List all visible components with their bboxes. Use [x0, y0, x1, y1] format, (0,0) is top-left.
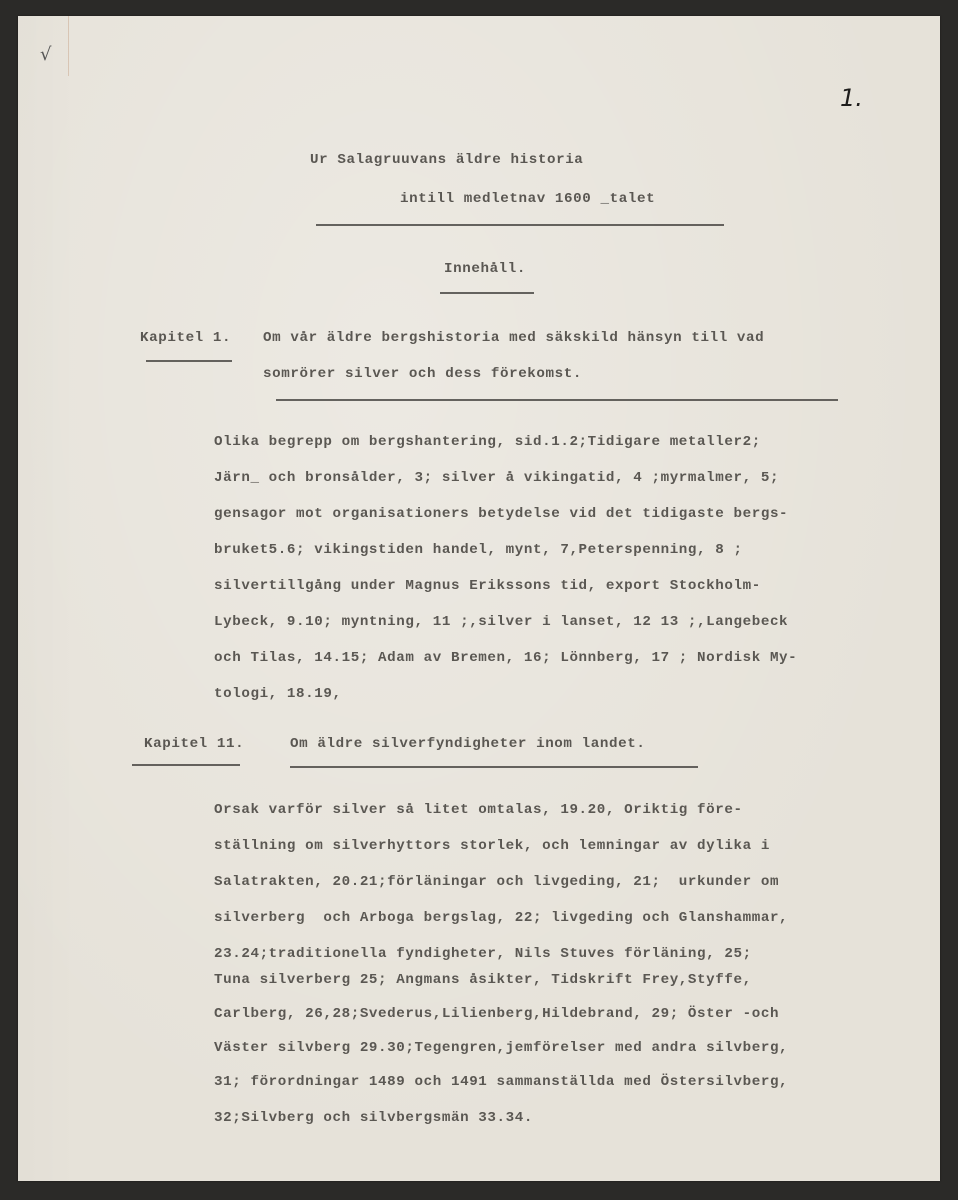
chapter-1-line: bruket5.6; vikingstiden handel, mynt, 7,…	[214, 542, 743, 558]
document-page: √ 1. Ur Salagruuvans äldre historia inti…	[18, 16, 940, 1181]
chapter-11-label-underline	[132, 764, 240, 766]
chapter-11-title-underline	[290, 766, 698, 768]
chapter-1-line: tologi, 18.19,	[214, 686, 342, 702]
toc-heading: Innehåll.	[444, 261, 526, 277]
toc-heading-underline	[440, 292, 534, 294]
chapter-11-label: Kapitel 11.	[144, 736, 244, 752]
chapter-11-line: Carlberg, 26,28;Svederus,Lilienberg,Hild…	[214, 1006, 779, 1022]
chapter-1-line: gensagor mot organisationers betydelse v…	[214, 506, 788, 522]
chapter-11-line: 31; förordningar 1489 och 1491 sammanstä…	[214, 1074, 788, 1090]
chapter-11-line: 32;Silvberg och silvbergsmän 33.34.	[214, 1110, 533, 1126]
chapter-1-line: och Tilas, 14.15; Adam av Bremen, 16; Lö…	[214, 650, 797, 666]
title-line-2: intill medletnav 1600 _talet	[400, 191, 655, 207]
chapter-11-title: Om äldre silverfyndigheter inom landet.	[290, 736, 645, 752]
chapter-1-line: Lybeck, 9.10; myntning, 11 ;,silver i la…	[214, 614, 788, 630]
chapter-1-line: Järn_ och bronsålder, 3; silver å viking…	[214, 470, 779, 486]
chapter-11-line: ställning om silverhyttors storlek, och …	[214, 838, 770, 854]
paper-fold-mark	[68, 16, 69, 76]
chapter-1-line: silvertillgång under Magnus Erikssons ti…	[214, 578, 761, 594]
chapter-11-line: silverberg och Arboga bergslag, 22; livg…	[214, 910, 788, 926]
title-line-1: Ur Salagruuvans äldre historia	[310, 152, 583, 168]
chapter-11-line: 23.24;traditionella fyndigheter, Nils St…	[214, 946, 752, 962]
margin-check-mark: √	[40, 44, 51, 65]
chapter-1-title-underline	[276, 399, 838, 401]
chapter-11-line: Salatrakten, 20.21;förläningar och livge…	[214, 874, 779, 890]
chapter-1-label-underline	[146, 360, 232, 362]
title-underline	[316, 224, 724, 226]
page-number: 1.	[840, 84, 863, 112]
chapter-11-line: Väster silvberg 29.30;Tegengren,jemförel…	[214, 1040, 788, 1056]
chapter-11-line: Orsak varför silver så litet omtalas, 19…	[214, 802, 743, 818]
chapter-11-line: Tuna silverberg 25; Angmans åsikter, Tid…	[214, 972, 752, 988]
chapter-1-title-line-2: somrörer silver och dess förekomst.	[263, 366, 582, 382]
chapter-1-label: Kapitel 1.	[140, 330, 231, 346]
chapter-1-line: Olika begrepp om bergshantering, sid.1.2…	[214, 434, 761, 450]
chapter-1-title-line-1: Om vår äldre bergshistoria med säkskild …	[263, 330, 764, 346]
